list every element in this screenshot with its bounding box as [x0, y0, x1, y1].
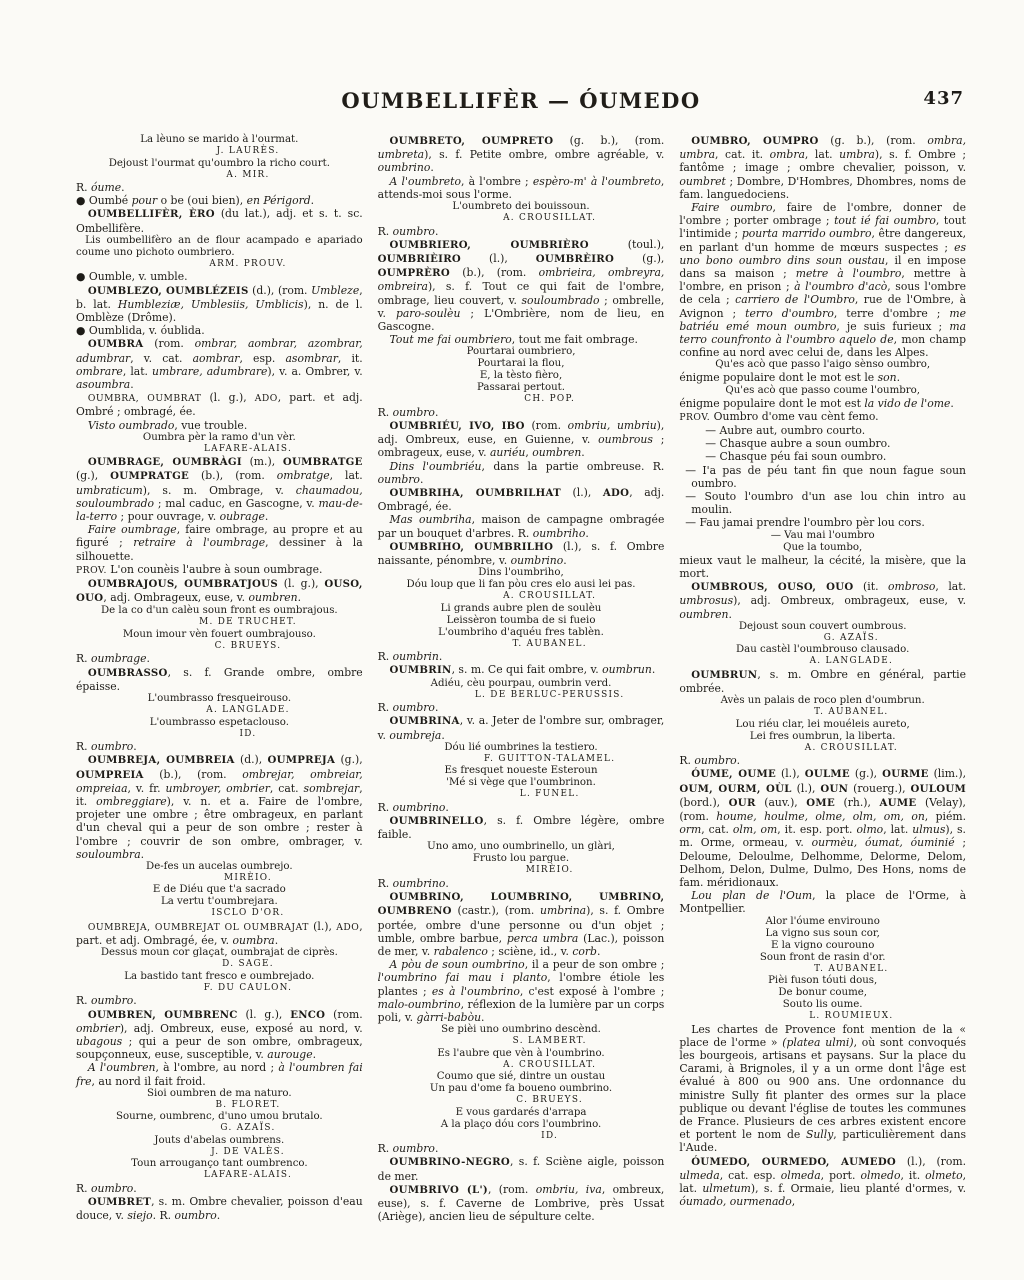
verse-line: Avès un palais de roco plen d'oumbrun.: [679, 695, 966, 707]
verse-line: Dessus moun cor glaçat, oumbrajat de cip…: [76, 947, 363, 959]
verse-line: Un pau d'ome fa boueno oumbrino.: [378, 1083, 665, 1095]
author-attribution: M. DE TRUCHET.: [76, 617, 363, 629]
proverb-line: — Aubre aut, oumbro courto.: [679, 424, 966, 437]
reference-line: R. oumbro.: [378, 1142, 665, 1155]
author-attribution: T. AUBANEL.: [378, 639, 665, 651]
entry-paragraph: OUMBRIHA, OUMBRILHAT (l.), ADO, adj. Omb…: [378, 486, 665, 513]
reference-line: ● Oumble, v. umble.: [76, 270, 363, 283]
proverb-line: — I'a pas de péu tant fin que noun fague…: [679, 464, 966, 490]
verse-line: Uno amo, uno oumbrinello, un glàri,: [378, 841, 665, 853]
proverb-line: — Fau jamai prendre l'oumbro pèr lou cor…: [679, 516, 966, 529]
verse-line: Es l'aubre que vèn à l'oumbrino.: [378, 1048, 665, 1060]
verse-line: La vertu t'oumbrejara.: [76, 896, 363, 908]
verse-line: Es fresquet noueste Esteroun: [378, 765, 665, 777]
entry-paragraph: OUMBRUN, s. m. Ombre en général, partie …: [679, 668, 966, 695]
verse-line: Coumo que sié, dintre un oustau: [378, 1071, 665, 1083]
author-attribution: MIRÈIO.: [378, 865, 665, 877]
reference-line: R. oumbro.: [378, 406, 665, 419]
entry-paragraph: OUMBRINO-NEGRO, s. f. Sciène aigle, pois…: [378, 1155, 665, 1182]
quote-paragraph: Lis oumbellifèro an de flour acampado e …: [76, 235, 363, 259]
dictionary-page: OUMBELLIFÈR — ÓUMEDO 437 La lèuno se mar…: [0, 0, 1024, 1253]
author-attribution: ID.: [378, 1131, 665, 1143]
verse-line: Qu'es acò que passo coume l'oumbro,: [679, 385, 966, 397]
entry-paragraph: Visto oumbrado, vue trouble.: [76, 419, 363, 432]
verse-line: A la plaço dóu cors l'oumbrino.: [378, 1119, 665, 1131]
reference-line: énigme populaire dont le mot est le son.: [679, 371, 966, 384]
verse-line: Dins l'oumbriho,: [378, 567, 665, 579]
author-attribution: L. FUNEL.: [378, 789, 665, 801]
reference-line: R. oumbrino.: [378, 801, 665, 814]
reference-line: R. oumbrin.: [378, 650, 665, 663]
verse-line: L'oumbreto dei bouissoun.: [378, 201, 665, 213]
verse-line: Dejoust soun couvert oumbrous.: [679, 621, 966, 633]
reference-line: énigme populaire dont le mot est la vido…: [679, 397, 966, 410]
verse-line: Leissèron toumba de si fueio: [378, 615, 665, 627]
verse-line: Lou riéu clar, lei mouéleis aureto,: [679, 719, 966, 731]
reference-line: R. óume.: [76, 181, 363, 194]
reference-line: R. oumbro.: [76, 1182, 363, 1195]
entry-paragraph: OUMBRET, s. m. Ombre chevalier, poisson …: [76, 1195, 363, 1222]
author-attribution: G. AZAÏS.: [76, 1123, 363, 1135]
entry-paragraph: OUMBRINA, v. a. Jeter de l'ombre sur, om…: [378, 714, 665, 741]
author-attribution: CH. POP.: [378, 394, 665, 406]
entry-paragraph: OUMBRAJOUS, OUMBRATJOUS (l. g.), OUSO, O…: [76, 577, 363, 605]
verse-line: Moun imour vèn fouert oumbrajouso.: [76, 629, 363, 641]
entry-paragraph: ÓUME, OUME (l.), OULME (g.), OURME (lim.…: [679, 767, 966, 889]
author-attribution: L. ROUMIEUX.: [679, 1011, 966, 1023]
proverb-line: — Chasque aubre a soun oumbro.: [679, 437, 966, 450]
column-3: OUMBRO, OUMPRO (g. b.), (rom. ombra, umb…: [679, 134, 966, 1223]
reference-line: R. oumbro.: [76, 994, 363, 1007]
author-attribution: J. DE VALÈS.: [76, 1147, 363, 1159]
reference-line: PROV. Oumbro d'ome vau cènt femo.: [679, 410, 966, 424]
verse-line: De bonur coume,: [679, 987, 966, 999]
author-attribution: G. AZAÏS.: [679, 633, 966, 645]
verse-line: De la co d'un calèu soun front es oumbra…: [76, 605, 363, 617]
verse-line: Se pièi uno oumbrino descènd.: [378, 1024, 665, 1036]
entry-paragraph: A l'oumbren, à l'ombre, au nord ; à l'ou…: [76, 1061, 363, 1087]
entry-paragraph: OUMBELLIFÈR, ÈRO (du lat.), adj. et s. t…: [76, 207, 363, 234]
reference-line: R. oumbro.: [679, 754, 966, 767]
running-title: OUMBELLIFÈR — ÓUMEDO: [341, 88, 700, 113]
author-attribution: ID.: [76, 729, 363, 741]
reference-line: ● Oumbé pour o be (oui bien), en Périgor…: [76, 194, 363, 207]
reference-line: R. oumbro.: [378, 225, 665, 238]
entry-paragraph: Lou plan de l'Oum, la place de l'Orme, à…: [679, 889, 966, 915]
entry-paragraph: OUMBRETO, OUMPRETO (g. b.), (rom. umbret…: [378, 134, 665, 175]
entry-paragraph: A pòu de soun oumbrino, il a peur de son…: [378, 958, 665, 1024]
reference-line: ● Oumblida, v. óublida.: [76, 324, 363, 337]
verse-line: E, la tèsto fièro,: [378, 370, 665, 382]
entry-paragraph: Mas oumbriha, maison de campagne ombragé…: [378, 513, 665, 539]
author-attribution: A. LANGLADE.: [679, 656, 966, 668]
verse-line: Dejoust l'ourmat qu'oumbro la richo cour…: [76, 158, 363, 170]
verse-line: Dóu loup que li fan pòu cres elo ausi le…: [378, 579, 665, 591]
author-attribution: L. DE BERLUC-PERUSSIS.: [378, 690, 665, 702]
verse-line: Toun arrouganço tant oumbrenco.: [76, 1158, 363, 1170]
text-columns: La lèuno se marido à l'ourmat.J. LAURÈS.…: [76, 134, 966, 1223]
entry-paragraph: OUMBRIN, s. m. Ce qui fait ombre, v. oum…: [378, 663, 665, 677]
verse-line: Oumbra pèr la ramo d'un vèr.: [76, 432, 363, 444]
verse-line: La vigno sus soun cor,: [679, 928, 966, 940]
entry-paragraph: Dins l'oumbriéu, dans la partie ombreuse…: [378, 460, 665, 486]
entry-paragraph: OUMBRA (rom. ombrar, aombrar, azombrar, …: [76, 337, 363, 391]
reference-line: R. oumbrino.: [378, 877, 665, 890]
verse-line: Frusto lou pargue.: [378, 853, 665, 865]
entry-paragraph: OUMBRIÉU, IVO, IBO (rom. ombriu, umbriu)…: [378, 419, 665, 460]
reference-line: R. oumbrage.: [76, 652, 363, 665]
verse-line: E vous gardarés d'arrapa: [378, 1107, 665, 1119]
verse-line: Soun front de rasin d'or.: [679, 952, 966, 964]
verse-line: De-fes un aucelas oumbrejo.: [76, 861, 363, 873]
author-attribution: F. GUITTON-TALAMEL.: [378, 754, 665, 766]
author-attribution: LAFARE-ALAIS.: [76, 444, 363, 456]
author-attribution: T. AUBANEL.: [679, 707, 966, 719]
author-attribution: S. LAMBERT.: [378, 1036, 665, 1048]
entry-paragraph: Tout me fai oumbriero, tout me fait ombr…: [378, 333, 665, 346]
author-attribution: C. BRUEYS.: [378, 1095, 665, 1107]
entry-paragraph: OUMBRASSO, s. f. Grande ombre, ombre épa…: [76, 666, 363, 693]
entry-paragraph: OUMBRIERO, OUMBRIÈRO (toul.), OUMBRIÈIRO…: [378, 238, 665, 333]
entry-paragraph: A l'oumbreto, à l'ombre ; espèro-m' à l'…: [378, 175, 665, 201]
verse-line: La bastido tant fresco e oumbrejado.: [76, 971, 363, 983]
entry-paragraph: Les chartes de Provence font mention de …: [679, 1023, 966, 1155]
verse-line: Sioi oumbren de ma naturo.: [76, 1088, 363, 1100]
entry-paragraph: OUMBRO, OUMPRO (g. b.), (rom. ombra, umb…: [679, 134, 966, 201]
verse-line: Li grands aubre plen de soulèu: [378, 603, 665, 615]
verse-line: Que la toumbo,: [679, 542, 966, 554]
author-attribution: MIRÈIO.: [76, 873, 363, 885]
verse-line: L'oumbrasso fresqueirouso.: [76, 693, 363, 705]
entry-paragraph: OUMBROUS, OUSO, OUO (it. ombroso, lat. u…: [679, 580, 966, 621]
verse-line: Passarai pertout.: [378, 382, 665, 394]
verse-line: Lei fres oumbrun, la liberta.: [679, 731, 966, 743]
entry-paragraph: Faire oumbro, faire de l'ombre, donner d…: [679, 201, 966, 359]
entry-paragraph: OUMBREJA, OUMBREIA (d.), OUMPREJA (g.), …: [76, 753, 363, 861]
author-attribution: A. CROUSILLAT.: [378, 1060, 665, 1072]
verse-line: La lèuno se marido à l'ourmat.: [76, 134, 363, 146]
entry-paragraph: Faire oumbrage, faire ombrage, au propre…: [76, 523, 363, 563]
verse-line: Pièi fuson tóuti dous,: [679, 975, 966, 987]
verse-line: Jouts d'abelas oumbrens.: [76, 1135, 363, 1147]
author-attribution: D. SAGE.: [76, 959, 363, 971]
entry-paragraph: OUMBREJA, OUMBREJAT OL OUMBRAJAT (l.), A…: [76, 920, 363, 947]
verse-line: Qu'es acò que passo l'aigo sènso oumbro,: [679, 359, 966, 371]
verse-line: Dau castèl l'oumbrouso clausado.: [679, 644, 966, 656]
reference-line: R. oumbro.: [76, 740, 363, 753]
verse-line: Alor l'óume envirouno: [679, 916, 966, 928]
entry-paragraph: OUMBRINELLO, s. f. Ombre légère, ombre f…: [378, 814, 665, 841]
author-attribution: A. MIR.: [76, 170, 363, 182]
entry-paragraph: ÓUMEDO, OURMEDO, AUMEDO (l.), (rom. ulme…: [679, 1155, 966, 1209]
author-attribution: J. LAURÈS.: [76, 146, 363, 158]
author-attribution: A. CROUSILLAT.: [378, 213, 665, 225]
author-attribution: ARM. PROUV.: [76, 259, 363, 271]
entry-paragraph: OUMBLEZO, OUMBLÉZEIS (d.), (rom. Umbleze…: [76, 284, 363, 325]
proverb-line: — Chasque péu fai soun oumbro.: [679, 450, 966, 463]
author-attribution: ISCLO D'OR.: [76, 908, 363, 920]
entry-paragraph: OUMBREN, OUMBRENC (l. g.), ENCO (rom. om…: [76, 1008, 363, 1062]
verse-line: 'Mé si vège que l'oumbrinon.: [378, 777, 665, 789]
verse-line: Pourtarai oumbriero,: [378, 346, 665, 358]
page-header: OUMBELLIFÈR — ÓUMEDO 437: [76, 88, 966, 118]
author-attribution: A. LANGLADE.: [76, 705, 363, 717]
reference-line: PROV. L'on counèis l'aubre à soun oumbra…: [76, 563, 363, 577]
column-1: La lèuno se marido à l'ourmat.J. LAURÈS.…: [76, 134, 363, 1223]
proverb-line: — Souto l'oumbro d'un ase lou chin intro…: [679, 490, 966, 516]
author-attribution: C. BRUEYS.: [76, 641, 363, 653]
page-number: 437: [923, 88, 964, 109]
verse-line: Pourtarai la flou,: [378, 358, 665, 370]
entry-paragraph: OUMBRIHO, OUMBRILHO (l.), s. f. Ombre na…: [378, 540, 665, 567]
verse-line: E de Diéu que t'a sacrado: [76, 884, 363, 896]
author-attribution: A. CROUSILLAT.: [378, 591, 665, 603]
verse-line: Souto lis oume.: [679, 999, 966, 1011]
verse-line: Sourne, oumbrenc, d'uno umou brutalo.: [76, 1111, 363, 1123]
verse-line: — Vau mai l'oumbro: [679, 530, 966, 542]
reference-line: R. oumbro.: [378, 701, 665, 714]
verse-line: Adiéu, cèu pourpau, oumbrin verd.: [378, 678, 665, 690]
entry-paragraph: OUMBRA, OUMBRAT (l. g.), ADO, part. et a…: [76, 391, 363, 418]
author-attribution: T. AUBANEL.: [679, 964, 966, 976]
reference-line: mieux vaut le malheur, la cécité, la mis…: [679, 554, 966, 580]
author-attribution: F. DU CAULON.: [76, 983, 363, 995]
entry-paragraph: OUMBRAGE, OUMBRÀGI (m.), OUMBRATGE (g.),…: [76, 455, 363, 523]
author-attribution: B. FLORET.: [76, 1100, 363, 1112]
verse-line: L'oumbrasso espetaclouso.: [76, 717, 363, 729]
verse-line: L'oumbriho d'aquéu fres tablèn.: [378, 627, 665, 639]
author-attribution: LAFARE-ALAIS.: [76, 1170, 363, 1182]
column-2: OUMBRETO, OUMPRETO (g. b.), (rom. umbret…: [378, 134, 665, 1223]
author-attribution: A. CROUSILLAT.: [679, 743, 966, 755]
verse-line: Dóu lié oumbrines la testiero.: [378, 742, 665, 754]
verse-line: E la vigno courouno: [679, 940, 966, 952]
entry-paragraph: OUMBRINO, LOUMBRINO, UMBRINO, OUMBRENO (…: [378, 890, 665, 958]
entry-paragraph: OUMBRIVO (L'), (rom. ombriu, iva, ombreu…: [378, 1183, 665, 1224]
